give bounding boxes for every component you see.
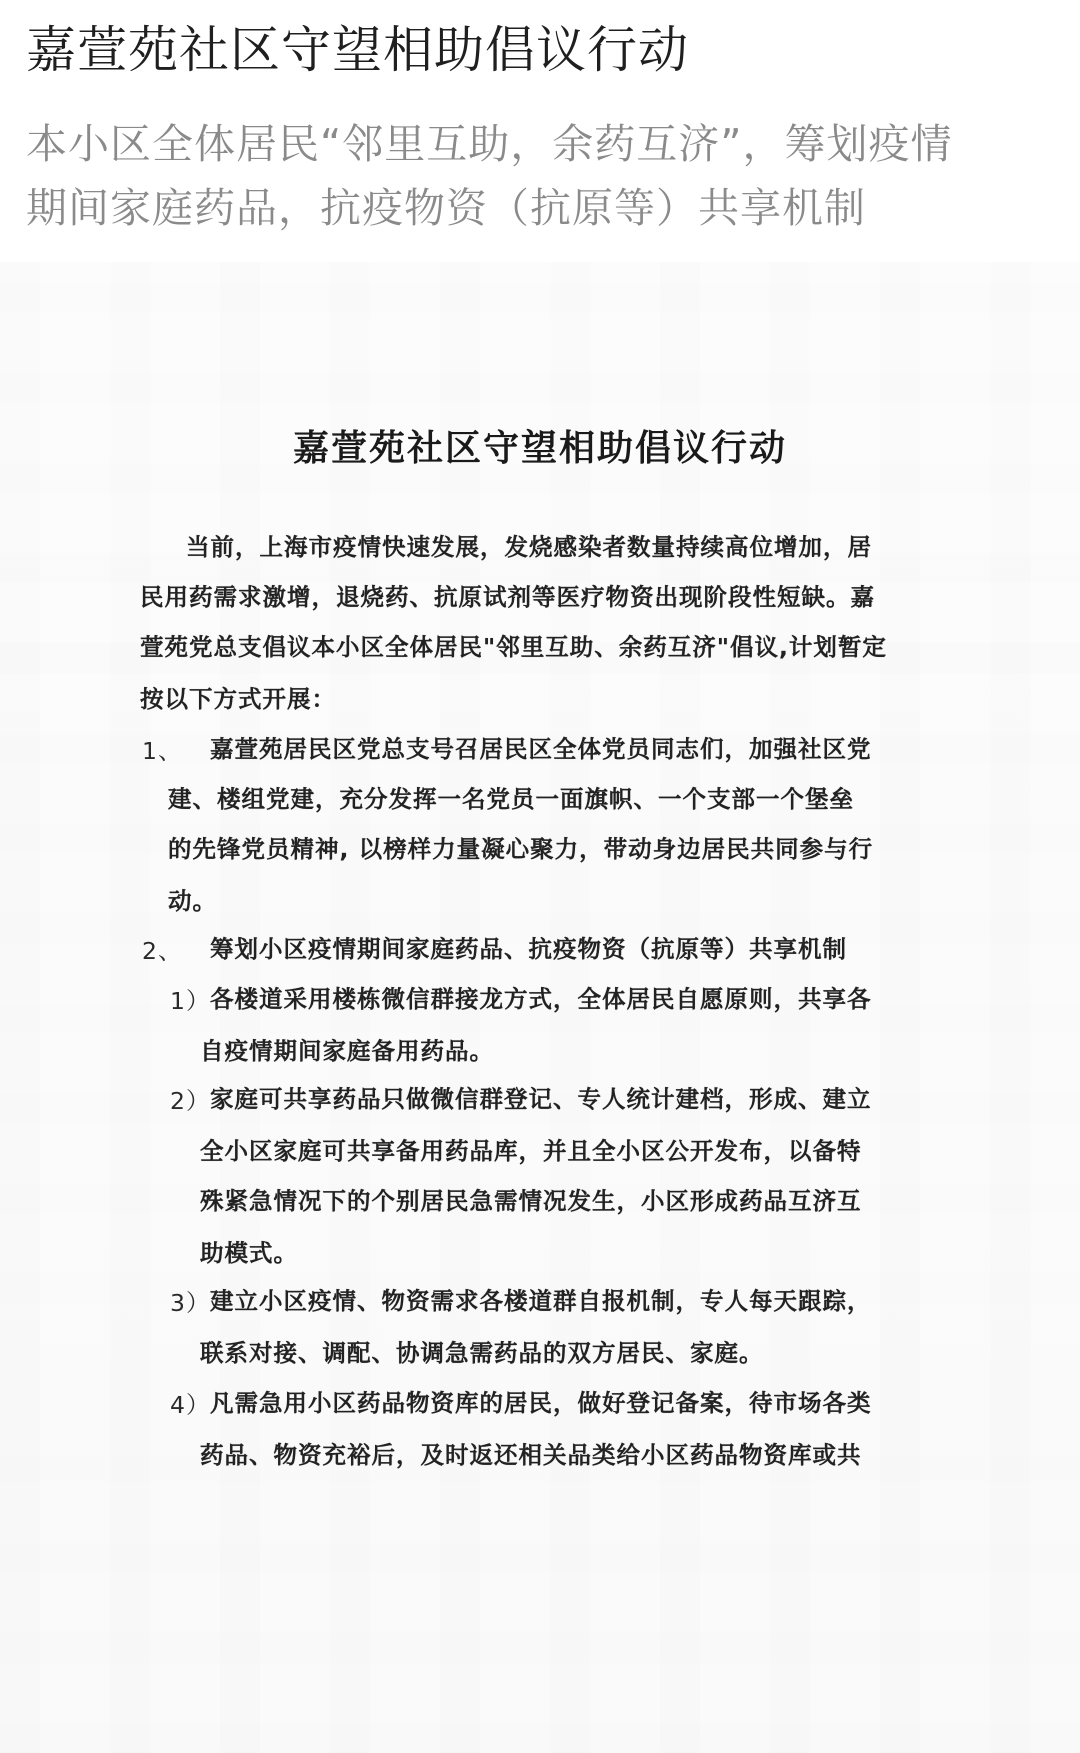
- scanned-document-image: 嘉萱苑社区守望相助倡议行动 当前，上海市疫情快速发展，发烧感染者数量持续高位增加…: [0, 262, 1080, 1753]
- item-number: 1、: [142, 732, 182, 766]
- item-line: 的先锋党员精神, 以榜样力量凝心聚力，带动身边居民共同参与行: [168, 830, 873, 864]
- intro-line: 萱苑党总支倡议本小区全体居民"邻里互助、余药互济"倡议,计划暂定: [140, 628, 887, 662]
- post-header: 嘉萱苑社区守望相助倡议行动 本小区全体居民“邻里互助，余药互济”，筹划疫情 期间…: [0, 0, 1080, 260]
- item-line: 动。: [168, 882, 217, 916]
- subitem-line: 全小区家庭可共享备用药品库，并且全小区公开发布，以备特: [200, 1132, 862, 1166]
- intro-line: 按以下方式开展：: [140, 680, 336, 714]
- intro-line: 当前，上海市疫情快速发展，发烧感染者数量持续高位增加，居: [186, 528, 872, 562]
- post-subtitle-line: 期间家庭药品，抗疫物资（抗原等）共享机制: [26, 176, 1046, 240]
- subitem-line: 殊紧急情况下的个别居民急需情况发生，小区形成药品互济互: [200, 1182, 862, 1216]
- subitem-line: 助模式。: [200, 1234, 298, 1268]
- subitem-line: 联系对接、调配、协调急需药品的双方居民、家庭。: [200, 1334, 764, 1368]
- subitem-line: 建立小区疫情、物资需求各楼道群自报机制，专人每天跟踪，: [210, 1282, 872, 1316]
- item-line: 嘉萱苑居民区党总支号召居民区全体党员同志们，加强社区党: [210, 730, 872, 764]
- subitem-number: 2）: [170, 1082, 210, 1116]
- subitem-number: 1）: [170, 982, 210, 1016]
- subitem-number: 4）: [170, 1386, 210, 1420]
- post-title: 嘉萱苑社区守望相助倡议行动: [26, 14, 689, 86]
- subitem-line: 各楼道采用楼栋微信群接龙方式，全体居民自愿原则，共享各: [210, 980, 872, 1014]
- item-line: 建、楼组党建，充分发挥一名党员一面旗帜、一个支部一个堡垒: [168, 780, 854, 814]
- item-line: 筹划小区疫情期间家庭药品、抗疫物资（抗原等）共享机制: [210, 930, 847, 964]
- intro-line: 民用药需求激增，退烧药、抗原试剂等医疗物资出现阶段性短缺。嘉: [140, 578, 875, 612]
- item-number: 2、: [142, 932, 182, 966]
- subitem-line: 自疫情期间家庭备用药品。: [200, 1032, 494, 1066]
- subitem-number: 3）: [170, 1284, 210, 1318]
- post-subtitle: 本小区全体居民“邻里互助，余药互济”，筹划疫情 期间家庭药品，抗疫物资（抗原等）…: [26, 112, 1046, 240]
- subitem-line: 凡需急用小区药品物资库的居民，做好登记备案，待市场各类: [210, 1384, 872, 1418]
- subitem-line: 家庭可共享药品只做微信群登记、专人统计建档，形成、建立: [210, 1080, 872, 1114]
- post-subtitle-line: 本小区全体居民“邻里互助，余药互济”，筹划疫情: [26, 112, 1046, 176]
- subitem-line: 药品、物资充裕后，及时返还相关品类给小区药品物资库或共: [200, 1436, 862, 1470]
- document-title: 嘉萱苑社区守望相助倡议行动: [0, 420, 1080, 471]
